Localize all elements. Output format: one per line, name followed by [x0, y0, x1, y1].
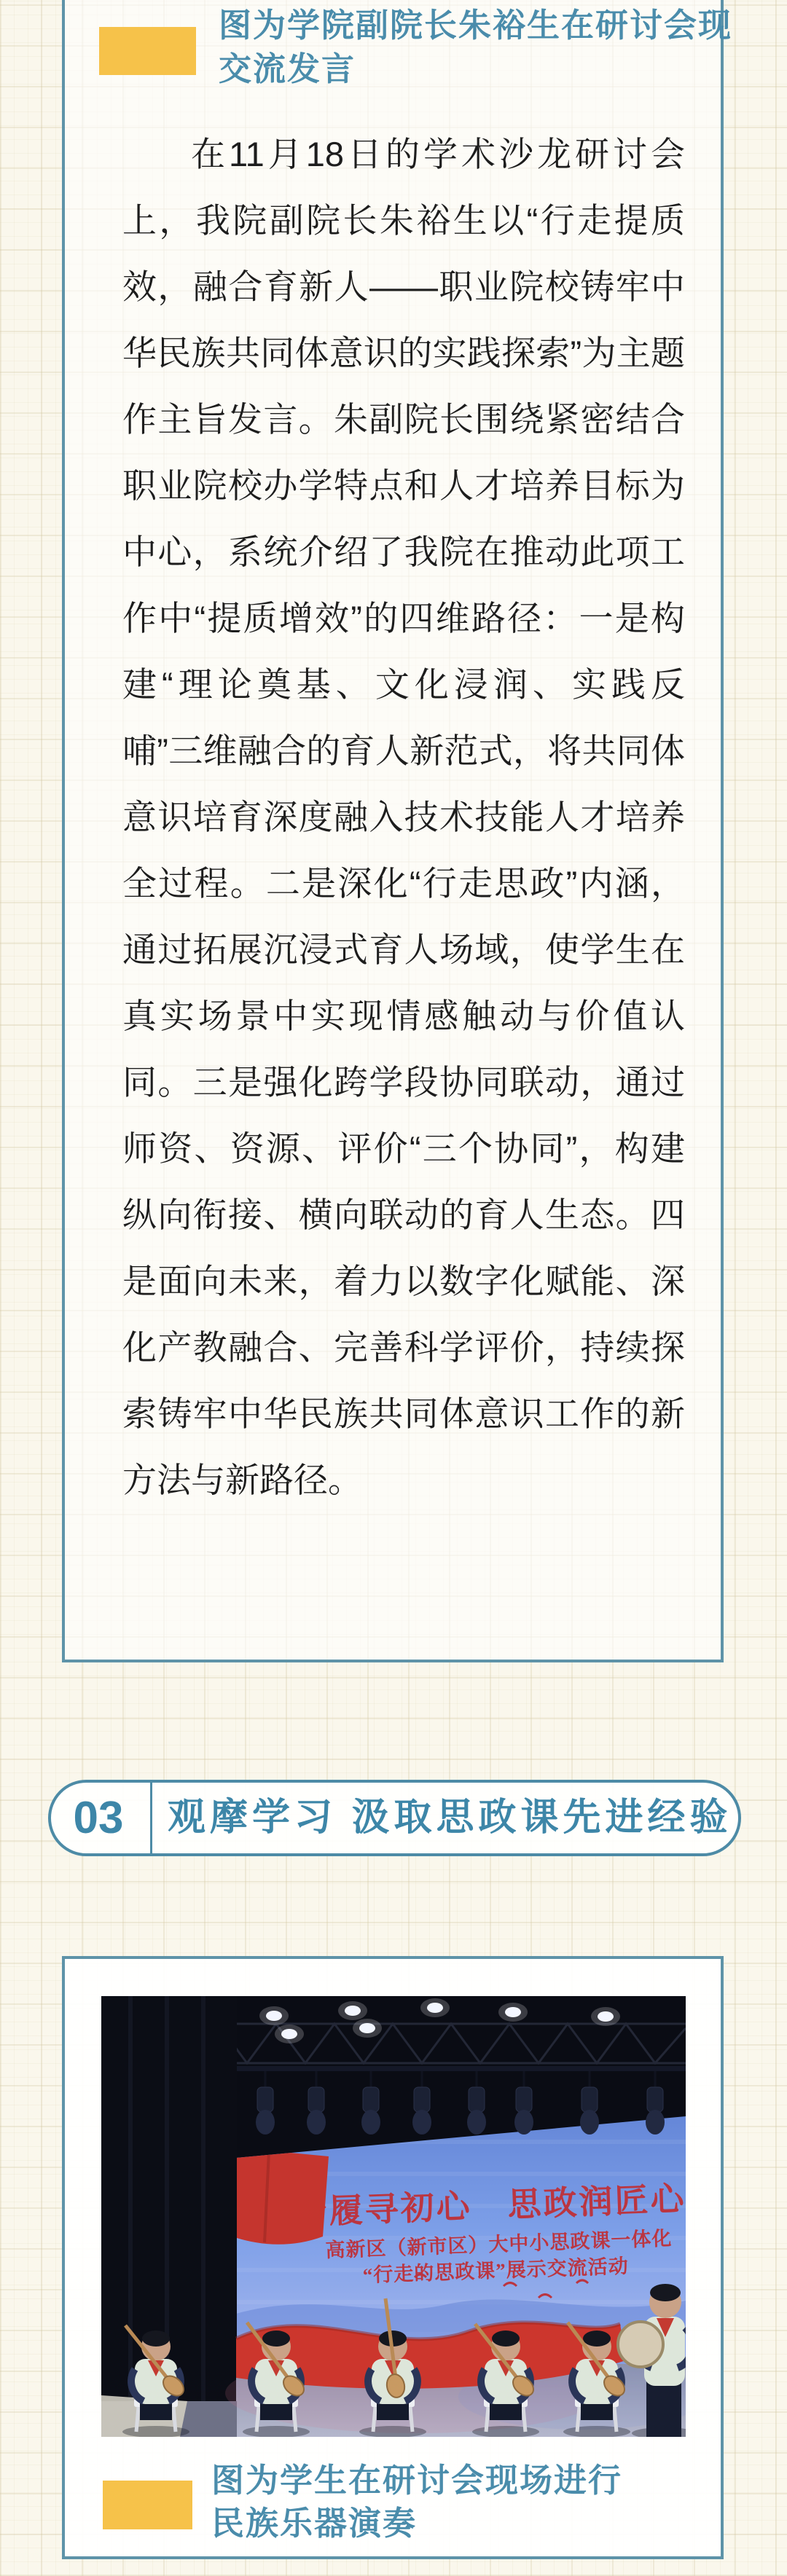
- article-page: 图为学院副院长朱裕生在研讨会现 交流发言 在11月18日的学术沙龙研讨会上，我院…: [0, 0, 787, 2576]
- photo-caption-bottom-line1: 图为学生在研讨会现场进行: [211, 2459, 622, 2502]
- frame-drum: [618, 2322, 663, 2367]
- photo-caption-bottom: 图为学生在研讨会现场进行 民族乐器演奏: [211, 2459, 622, 2545]
- photo-caption-top-line1: 图为学院副院长朱裕生在研讨会现: [219, 4, 732, 47]
- photo-caption-bottom-line2: 民族乐器演奏: [211, 2502, 622, 2545]
- section-header-pill: 03 观摩学习 汲取思政课先进经验: [48, 1780, 741, 1856]
- caption-marker-yellow: [99, 27, 196, 75]
- caption-marker-yellow: [103, 2481, 192, 2529]
- red-drape: [237, 2148, 329, 2245]
- section-divider: [150, 1783, 152, 1853]
- section-number: 03: [51, 1783, 146, 1853]
- stage-photo: “步履寻初心 思政润匠心” 高新区（新市区）大中小思政课一体化 “行走的思政课”…: [101, 1996, 686, 2437]
- stage-photo-graphic: “步履寻初心 思政润匠心” 高新区（新市区）大中小思政课一体化 “行走的思政课”…: [101, 1996, 686, 2437]
- body-paragraph: 在11月18日的学术沙龙研讨会上，我院副院长朱裕生以“行走提质效，融合育新人——…: [122, 121, 685, 1513]
- photo-caption-top: 图为学院副院长朱裕生在研讨会现 交流发言: [219, 4, 732, 91]
- photo-caption-top-line2: 交流发言: [219, 47, 732, 91]
- section-title: 观摩学习 汲取思政课先进经验: [168, 1783, 732, 1853]
